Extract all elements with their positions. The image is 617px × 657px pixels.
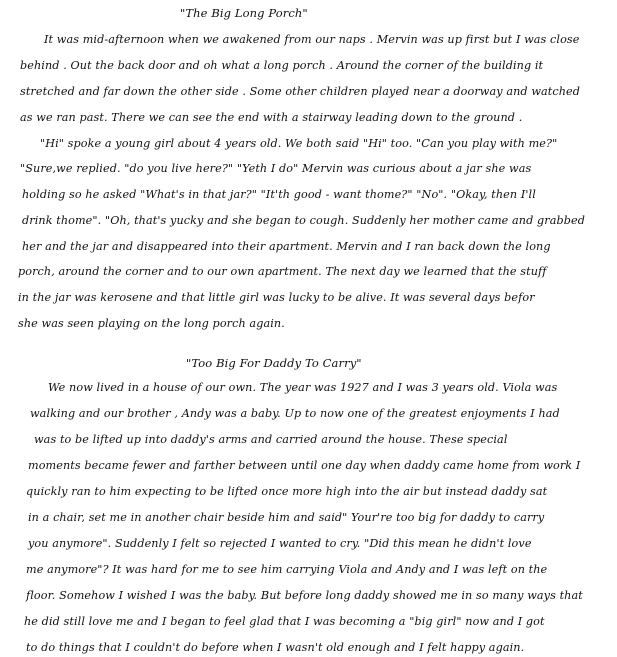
text-line: porch, around the corner and to our own … — [18, 265, 547, 278]
text-line: as we ran past. There we can see the end… — [20, 111, 522, 124]
story-title: "Too Big For Daddy To Carry" — [186, 356, 362, 370]
text-line: It was mid-afternoon when we awakened fr… — [44, 33, 612, 46]
text-line: floor. Somehow I wished I was the baby. … — [26, 589, 583, 602]
text-line: in a chair, set me in another chair besi… — [28, 511, 544, 524]
text-line: behind . Out the back door and oh what a… — [20, 59, 610, 72]
text-line: you anymore". Suddenly I felt so rejecte… — [28, 537, 532, 550]
text-line: her and the jar and disappeared into the… — [22, 240, 551, 253]
text-line: to do things that I couldn't do before w… — [26, 641, 524, 654]
text-line: was to be lifted up into daddy's arms an… — [34, 433, 508, 446]
text-line: in the jar was kerosene and that little … — [18, 291, 535, 304]
text-line: moments became fewer and farther between… — [28, 459, 580, 472]
text-line: walking and our brother , Andy was a bab… — [30, 407, 560, 420]
text-line: quickly ran to him expecting to be lifte… — [26, 485, 547, 498]
story-title: "The Big Long Porch" — [180, 6, 308, 20]
text-line: "Sure,we replied. "do you live here?" "Y… — [20, 162, 531, 175]
text-line: she was seen playing on the long porch a… — [18, 317, 285, 330]
text-line: We now lived in a house of our own. The … — [48, 381, 557, 394]
text-line: drink thome". "Oh, that's yucky and she … — [22, 214, 585, 227]
text-line: "Hi" spoke a young girl about 4 years ol… — [40, 137, 557, 150]
text-line: stretched and far down the other side . … — [20, 85, 580, 98]
text-line: me anymore"? It was hard for me to see h… — [26, 563, 547, 576]
text-line: he did still love me and I began to feel… — [24, 615, 545, 628]
text-line: holding so he asked "What's in that jar?… — [22, 188, 536, 201]
scanned-document-page: "The Big Long Porch" It was mid-afternoo… — [0, 0, 617, 657]
